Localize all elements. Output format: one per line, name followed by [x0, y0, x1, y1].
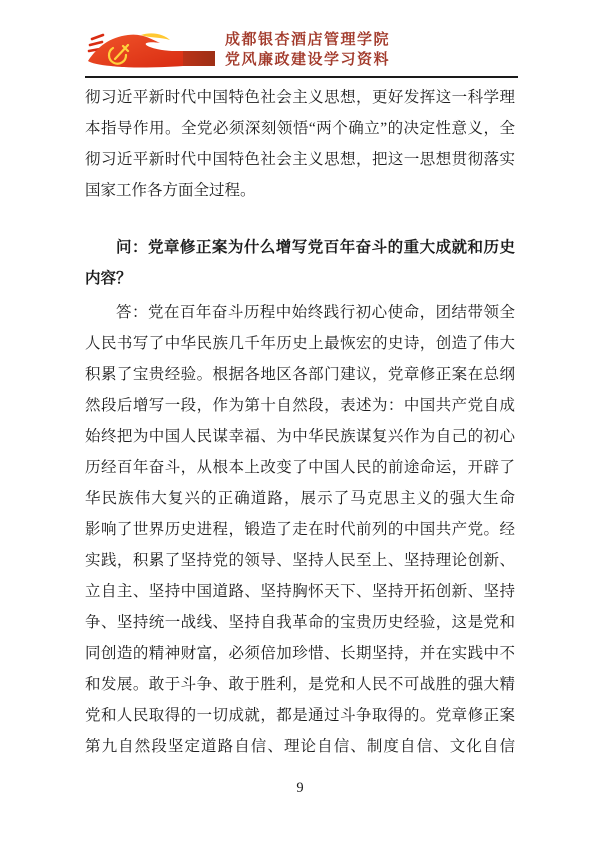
text-line: 问：党章修正案为什么增写党百年奋斗的重大成就和历史经验的 [85, 232, 515, 263]
document-page: 成都银杏酒店管理学院 党风廉政建设学习资料 彻习近平新时代中国特色社会主义思想，… [0, 0, 600, 848]
paragraph-continuation: 彻习近平新时代中国特色社会主义思想，更好发挥这一科学理论的根本指导作用。全党必须… [85, 82, 515, 206]
text-line: 彻习近平新时代中国特色社会主义思想，更好发挥这一科学理论的根 [85, 82, 515, 113]
text-line: 华民族伟大复兴的正确道路，展示了马克思主义的强大生命力，深刻 [85, 483, 515, 514]
text-line: 彻习近平新时代中国特色社会主义思想，把这一思想贯彻落实到党和 [85, 144, 515, 175]
page-header: 成都银杏酒店管理学院 党风廉政建设学习资料 [85, 26, 518, 78]
doc-title: 党风廉政建设学习资料 [225, 50, 390, 70]
org-name: 成都银杏酒店管理学院 [225, 30, 390, 50]
text-line: 和发展。敢于斗争、敢于胜利，是党和人民不可战胜的强大精神力量。 [85, 669, 515, 700]
text-line: 同创造的精神财富，必须倍加珍惜、长期坚持，并在实践中不断丰富 [85, 638, 515, 669]
page-footer: 9 [0, 778, 600, 798]
text-line: 争、坚持统一战线、坚持自我革命的宝贵历史经验，这是党和人民共 [85, 607, 515, 638]
document-body: 彻习近平新时代中国特色社会主义思想，更好发挥这一科学理论的根本指导作用。全党必须… [85, 82, 515, 762]
header-titles: 成都银杏酒店管理学院 党风廉政建设学习资料 [225, 30, 390, 70]
text-line: 内容？ [85, 263, 515, 294]
text-line: 国家工作各方面全过程。 [85, 175, 515, 206]
text-line: 积累了宝贵经验。根据各地区各部门建议，党章修正案在总纲第九自 [85, 359, 515, 390]
text-line: 始终把为中国人民谋幸福、为中华民族谋复兴作为自己的初心使命， [85, 421, 515, 452]
page-number: 9 [296, 780, 303, 796]
question-heading: 问：党章修正案为什么增写党百年奋斗的重大成就和历史经验的内容？ [85, 232, 515, 294]
text-line: 人民书写了中华民族几千年历史上最恢宏的史诗，创造了伟大成就， [85, 328, 515, 359]
text-line: 本指导作用。全党必须深刻领悟“两个确立”的决定性意义，全面贯 [85, 113, 515, 144]
text-line: 然段后增写一段，作为第十自然段，表述为：中国共产党自成立以来， [85, 390, 515, 421]
text-line: 第九自然段坚定道路自信、理论自信、制度自信、文化自信后，增写 [85, 731, 515, 762]
text-line: 实践，积累了坚持党的领导、坚持人民至上、坚持理论创新、坚持独 [85, 545, 515, 576]
text-line: 答：党在百年奋斗历程中始终践行初心使命，团结带领全国各族 [85, 297, 515, 328]
text-line: 党和人民取得的一切成就，都是通过斗争取得的。党章修正案在总纲 [85, 700, 515, 731]
text-line: 立自主、坚持中国道路、坚持胸怀天下、坚持开拓创新、坚持敢于斗 [85, 576, 515, 607]
text-line: 影响了世界历史进程，锻造了走在时代前列的中国共产党。经过长期 [85, 514, 515, 545]
text-line: 历经百年奋斗，从根本上改变了中国人民的前途命运，开辟了实现中 [85, 452, 515, 483]
answer-paragraph: 答：党在百年奋斗历程中始终践行初心使命，团结带领全国各族人民书写了中华民族几千年… [85, 297, 515, 762]
party-flame-emblem-icon [85, 28, 217, 74]
